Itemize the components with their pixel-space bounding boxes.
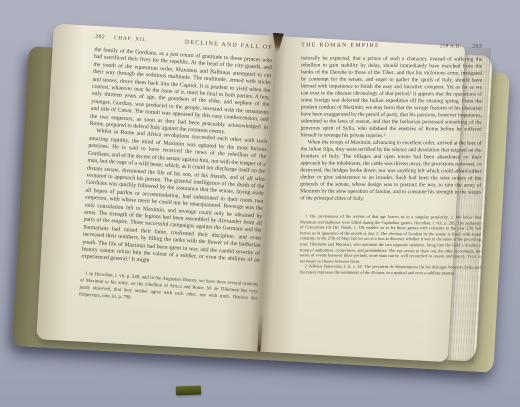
paragraph: the family of the Gordians, as a just re… (90, 47, 273, 139)
footnote: 1 The carelessness of the writers of tha… (300, 213, 481, 265)
right-page-body: naturally be expected, that a prince of … (300, 55, 482, 203)
right-page-number: 203 (472, 44, 482, 50)
footnote: 2 Velleius Paterculus, l. ii. c. 24. The… (300, 264, 481, 276)
open-book: 202 CHAP. XII. DECLINE AND FALL OF the f… (7, 22, 514, 397)
right-page-header: THE ROMAN EMPIRE 238 A.D. 203 (301, 42, 482, 49)
page-spread: 202 CHAP. XII. DECLINE AND FALL OF the f… (36, 24, 465, 363)
margin-date-label: 238 A.D. (440, 44, 461, 49)
right-page: THE ROMAN EMPIRE 238 A.D. 203 naturally … (299, 42, 482, 349)
left-page: 202 CHAP. XII. DECLINE AND FALL OF the f… (77, 34, 273, 345)
left-page-body: the family of the Gordians, as a just re… (81, 47, 272, 273)
left-page-footnotes: 1 In Herodian, l. vii. p. 249, and in th… (79, 270, 258, 309)
bookmark-ribbon (176, 386, 201, 396)
photo-scene: 202 CHAP. XII. DECLINE AND FALL OF the f… (0, 0, 520, 407)
chapter-label: CHAP. XII. (114, 35, 148, 43)
paragraph: naturally be expected, that a prince of … (301, 55, 483, 140)
paragraph: Whilst in Rome and Africa revolutions su… (81, 128, 267, 272)
footnote: 1 In Herodian, l. vii. p. 249, and in th… (79, 270, 258, 309)
paragraph: When the troops of Maximin, advancing in… (300, 139, 481, 203)
left-page-number: 202 (95, 34, 105, 41)
right-page-footnotes: 1 The carelessness of the writers of tha… (300, 213, 481, 276)
right-running-title: THE ROMAN EMPIRE (301, 42, 380, 49)
left-running-title: DECLINE AND FALL OF (185, 40, 273, 52)
